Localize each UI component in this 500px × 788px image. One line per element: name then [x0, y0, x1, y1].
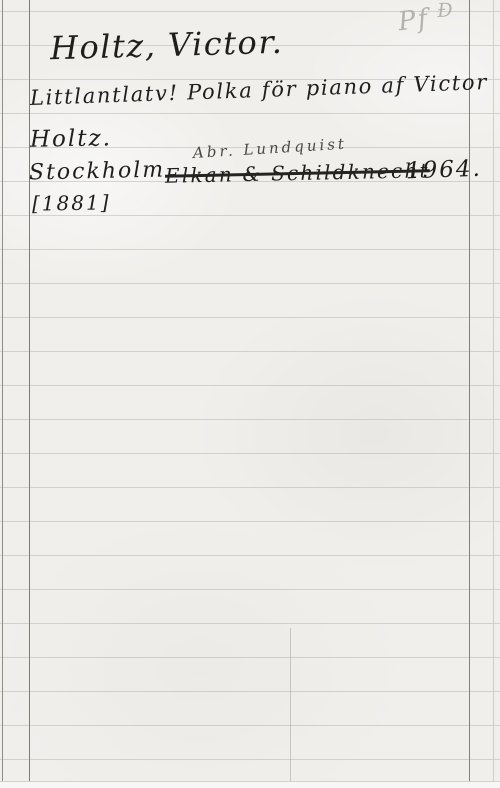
right-margin-line: [469, 0, 470, 788]
title-line-2: Holtz.: [30, 125, 112, 152]
composer-heading: Holtz, Victor.: [50, 23, 284, 67]
vertical-crease: [290, 628, 291, 781]
bracketed-year: [1881]: [32, 190, 111, 215]
card-right-edge-line: [493, 0, 494, 788]
plate-number: 1964.: [406, 156, 483, 185]
left-margin-line: [29, 0, 30, 788]
card-left-edge-line: [2, 0, 3, 788]
shelfmark-symbol: Đ: [437, 0, 455, 22]
catalog-card: PfĐ Holtz, Victor. Littlantlatv! Polka f…: [0, 0, 500, 788]
imprint-place: Stockholm: [29, 158, 166, 186]
card-bottom-edge: [0, 781, 500, 788]
shelfmark-text: Pf: [397, 4, 432, 38]
